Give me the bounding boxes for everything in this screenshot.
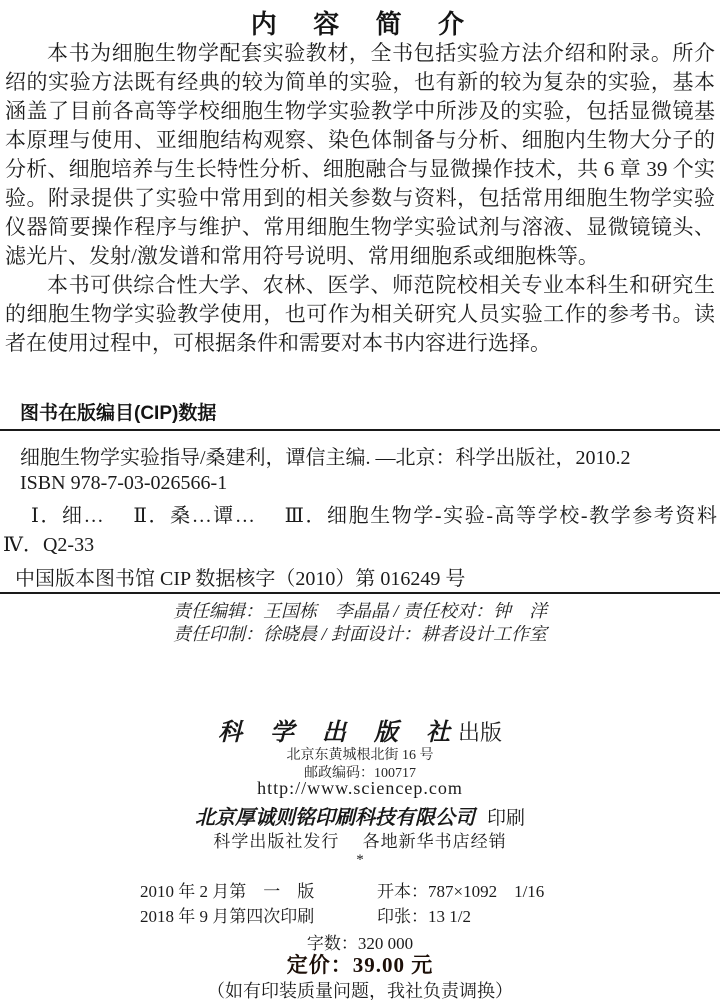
publisher-address: 北京东黄城根北街 16 号	[0, 744, 720, 764]
exchange-note: （如有印装质量问题，我社负责调换）	[0, 977, 720, 1000]
cip-header: 图书在版编目(CIP)数据	[20, 398, 216, 425]
cip-bottom-rule	[0, 592, 720, 594]
credits-production-line: 责任印制：徐晓晨 / 封面设计：耕者设计工作室	[0, 623, 720, 646]
book-copyright-page: 内 容 简 介 本书为细胞生物学配套实验教材，全书包括实验方法介绍和附录。所介绍…	[0, 0, 720, 1000]
intro-paragraph-1: 本书为细胞生物学配套实验教材，全书包括实验方法介绍和附录。所介绍的实验方法既有经…	[5, 39, 715, 271]
format-spec: 开本：787×1092 1/16	[377, 877, 544, 902]
cip-record-number: 中国版本图书馆 CIP 数据核字（2010）第 016249 号	[15, 562, 465, 591]
printer-name: 北京厚诚则铭印刷科技有限公司	[195, 807, 475, 829]
sheet-count: 印张：13 1/2	[377, 902, 471, 927]
publisher-role-label: 出版	[458, 720, 502, 745]
cip-title-statement: 细胞生物学实验指导/桑建利，谭信主编. —北京：科学出版社，2010.2	[20, 441, 716, 470]
intro-body: 本书为细胞生物学配套实验教材，全书包括实验方法介绍和附录。所介绍的实验方法既有经…	[5, 39, 715, 358]
distribution-line: 科学出版社发行 各地新华书店经销	[0, 827, 720, 852]
intro-title: 内 容 简 介	[0, 4, 720, 41]
cip-classification: Ⅰ．细… Ⅱ．桑…谭… Ⅲ．细胞生物学-实验-高等学校-教学参考资料 Ⅳ．Q2-…	[3, 502, 717, 560]
printer-role-label: 印刷	[487, 808, 525, 829]
publisher-url: http://www.sciencep.com	[0, 778, 720, 799]
cip-top-rule	[0, 429, 720, 431]
printer-line: 北京厚诚则铭印刷科技有限公司 印刷	[0, 801, 720, 830]
publisher-logo: 科 学 出 版 社	[218, 720, 452, 746]
credits-editors-line: 责任编辑：王国栋 李晶晶 / 责任校对：钟 洋	[0, 600, 720, 623]
separator-star: *	[0, 852, 720, 869]
cip-isbn: ISBN 978-7-03-026566-1	[20, 472, 227, 495]
price: 定价：39.00 元	[0, 949, 720, 979]
credits-block: 责任编辑：王国栋 李晶晶 / 责任校对：钟 洋 责任印制：徐晓晨 / 封面设计：…	[0, 600, 720, 646]
printing-date: 2018 年 9 月第四次印刷	[140, 902, 314, 927]
intro-paragraph-2: 本书可供综合性大学、农林、医学、师范院校相关专业本科生和研究生的细胞生物学实验教…	[5, 271, 715, 358]
publisher-imprint-line: 科 学 出 版 社 出版	[0, 712, 720, 747]
edition-date: 2010 年 2 月第 一 版	[140, 877, 314, 902]
